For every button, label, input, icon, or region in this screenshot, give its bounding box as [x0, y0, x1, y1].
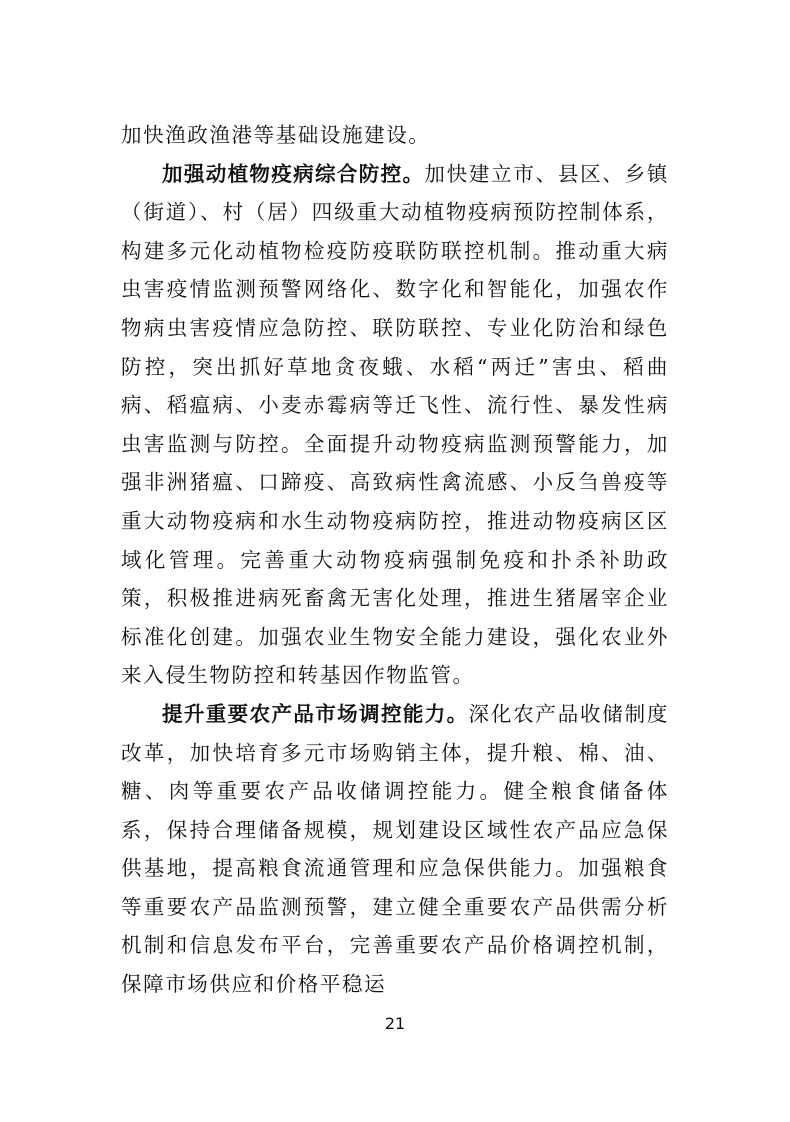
paragraph-heading: 加强动植物疫病综合防控。: [162, 162, 424, 186]
paragraph-text: 加快渔政渔港等基础设施建设。: [121, 123, 430, 147]
paragraph-heading: 提升重要农产品市场调控能力。: [162, 702, 469, 726]
paragraph-text: 深化农产品收储制度改革，加快培育多元市场购销主体，提升粮、棉、油、糖、肉等重要农…: [121, 702, 669, 996]
paragraph-continuation: 加快渔政渔港等基础设施建设。: [121, 116, 669, 155]
paragraph-disease-control: 加强动植物疫病综合防控。加快建立市、县区、乡镇（街道）、村（居）四级重大动植物疫…: [121, 155, 669, 695]
paragraph-market-regulation: 提升重要农产品市场调控能力。深化农产品收储制度改革，加快培育多元市场购销主体，提…: [121, 695, 669, 1004]
paragraph-text: 加快建立市、县区、乡镇（街道）、村（居）四级重大动植物疫病预防控制体系，构建多元…: [121, 162, 669, 688]
document-page: 加快渔政渔港等基础设施建设。 加强动植物疫病综合防控。加快建立市、县区、乡镇（街…: [0, 0, 790, 1122]
page-body: 加快渔政渔港等基础设施建设。 加强动植物疫病综合防控。加快建立市、县区、乡镇（街…: [121, 116, 669, 1004]
page-number: 21: [0, 1014, 790, 1033]
